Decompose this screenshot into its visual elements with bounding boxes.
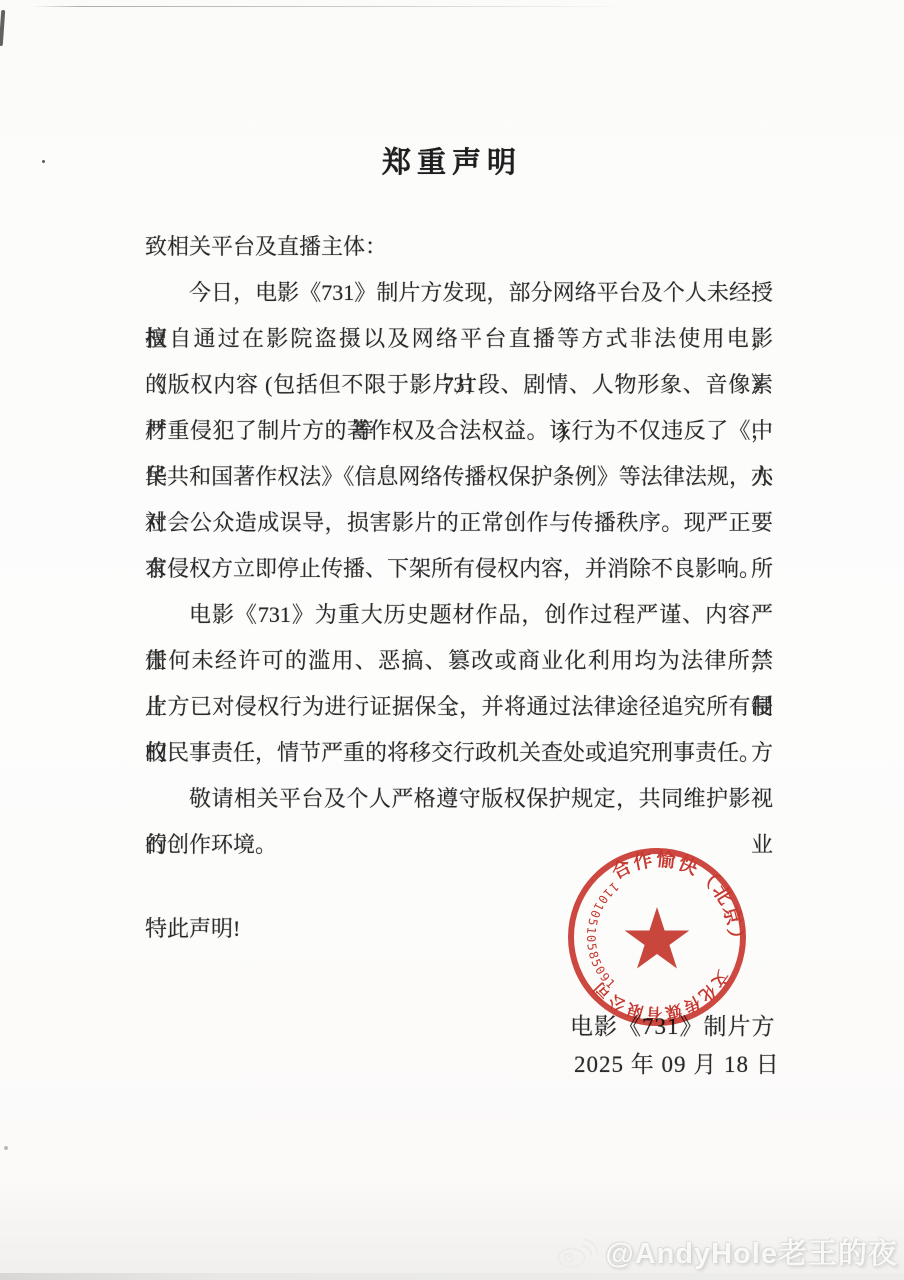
weibo-watermark: @AndyHole老王的夜	[555, 1228, 898, 1274]
scan-artifact-edge-mark	[0, 10, 5, 46]
salutation-line: 致相关平台及直播主体：	[145, 224, 773, 270]
statement-line: 擅自通过在影院盗摄以及网络平台直播等方式非法使用电影《731》	[145, 316, 773, 362]
scan-artifact-speck	[4, 1146, 8, 1150]
watermark-text: @AndyHole老王的夜	[605, 1231, 898, 1272]
statement-line: 有侵权方立即停止传播、下架所有侵权内容，并消除不良影响。	[145, 546, 773, 592]
scan-artifact-hairline	[32, 6, 632, 7]
closing-declaration: 特此声明!	[145, 912, 240, 943]
seal-star-icon	[625, 907, 690, 969]
statement-line: 电影《731》为重大历史题材作品，创作过程严谨、内容严肃，	[145, 592, 773, 638]
official-red-seal: 合作愉快（北京） 文化传媒有限公司 11010510585091	[547, 827, 767, 1047]
statement-line: 民共和国著作权法》《信息网络传播权保护条例》等法律法规，亦对	[145, 454, 773, 500]
statement-line: 片方已对侵权行为进行证据保全，并将通过法律途径追究所有侵权方	[145, 684, 773, 730]
scanned-statement-page: 郑重声明 致相关平台及直播主体： 今日，电影《731》制片方发现，部分网络平台及…	[0, 0, 904, 1280]
statement-line: 今日，电影《731》制片方发现，部分网络平台及个人未经授权，	[145, 270, 773, 316]
statement-line: 的版权内容 (包括但不限于影片片段、剧情、人物形象、音像素材等)，	[145, 362, 773, 408]
statement-line: 严重侵犯了制片方的著作权及合法权益。该行为不仅违反了《中华人	[145, 408, 773, 454]
seal-serial-number: 11010510585091	[584, 879, 622, 992]
date: 2025 年 09 月 18 日	[574, 1046, 780, 1079]
weibo-icon	[555, 1232, 599, 1270]
svg-text:11010510585091: 11010510585091	[584, 879, 622, 992]
statement-line: 敬请相关平台及个人严格遵守版权保护规定，共同维护影视行业	[145, 776, 773, 822]
statement-line: 社会公众造成误导，损害影片的正常创作与传播秩序。现严正要求所	[145, 500, 773, 546]
statement-line: 任何未经许可的滥用、恶搞、篡改或商业化利用均为法律所禁止。制	[145, 638, 773, 684]
statement-line: 的民事责任，情节严重的将移交行政机关查处或追究刑事责任。	[145, 730, 773, 776]
page-bottom-edge	[0, 1273, 904, 1280]
statement-body: 致相关平台及直播主体： 今日，电影《731》制片方发现，部分网络平台及个人未经授…	[145, 224, 773, 868]
page-title: 郑重声明	[0, 140, 904, 181]
